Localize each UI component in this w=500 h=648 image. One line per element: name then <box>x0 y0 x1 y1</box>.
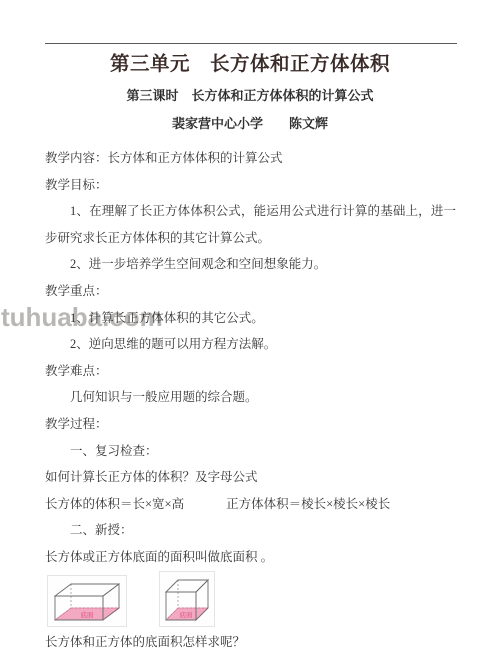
paragraph: 教学重点： <box>45 278 456 305</box>
base-face-label: 底面 <box>81 610 95 619</box>
paragraph: 如何计算长正方体的体积？及字母公式 <box>45 464 456 491</box>
document-body: 教学内容：长方体和正方体体积的计算公式 教学目标： 1、在理解了长正方体体积公式… <box>45 145 456 648</box>
unit-title: 第三单元 长方体和正方体体积 <box>0 53 500 77</box>
paragraph: 一、复习检查： <box>45 438 456 465</box>
paragraph: 教学难点： <box>45 358 456 385</box>
top-face <box>55 584 119 596</box>
cuboid-figure: 底面 <box>47 575 127 627</box>
paragraph: 教学过程： <box>45 411 456 438</box>
document-page: tuhuaba.com 第三单元 长方体和正方体体积 第三课时 长方体和正方体体… <box>0 0 500 648</box>
base-face-label: 底面 <box>180 610 194 619</box>
paragraph: 2、进一步培养学生空间观念和空间想象能力。 <box>45 251 456 278</box>
paragraph: 教学目标： <box>45 172 456 199</box>
paragraph: 1、计算长正方体体积的其它公式。 <box>45 305 456 332</box>
paragraph: 二、新授： <box>45 517 456 544</box>
cube-drawing: 底面 <box>163 574 211 624</box>
paragraph: 几何知识与一般应用题的综合题。 <box>45 384 456 411</box>
top-rule <box>45 43 457 44</box>
paragraph: 1、在理解了长正方体体积公式，能运用公式进行计算的基础上，进一步研究求长正方体体… <box>45 198 456 251</box>
cuboid-volume-formula: 长方体的体积＝长×宽×高 <box>45 491 184 518</box>
paragraph: 教学内容：长方体和正方体体积的计算公式 <box>45 145 456 172</box>
cube-volume-formula: 正方体体积＝棱长×棱长×棱长 <box>226 491 390 518</box>
paragraph: 长方体或正方体底面的面积叫做底面积 。 <box>45 544 456 571</box>
lesson-subtitle: 第三课时 长方体和正方体体积的计算公式 <box>0 88 500 103</box>
figures-row: 底面 底面 <box>47 575 456 627</box>
byline: 裴家营中心小学 陈文辉 <box>0 116 500 131</box>
cuboid-drawing: 底面 <box>51 578 123 624</box>
cube-figure: 底面 <box>159 571 215 627</box>
closing-question: 长方体和正方体的底面积怎样求呢？ <box>45 629 456 648</box>
formula-row: 长方体的体积＝长×宽×高 正方体体积＝棱长×棱长×棱长 <box>45 491 456 518</box>
paragraph: 2、逆向思维的题可以用方程方法解。 <box>45 331 456 358</box>
